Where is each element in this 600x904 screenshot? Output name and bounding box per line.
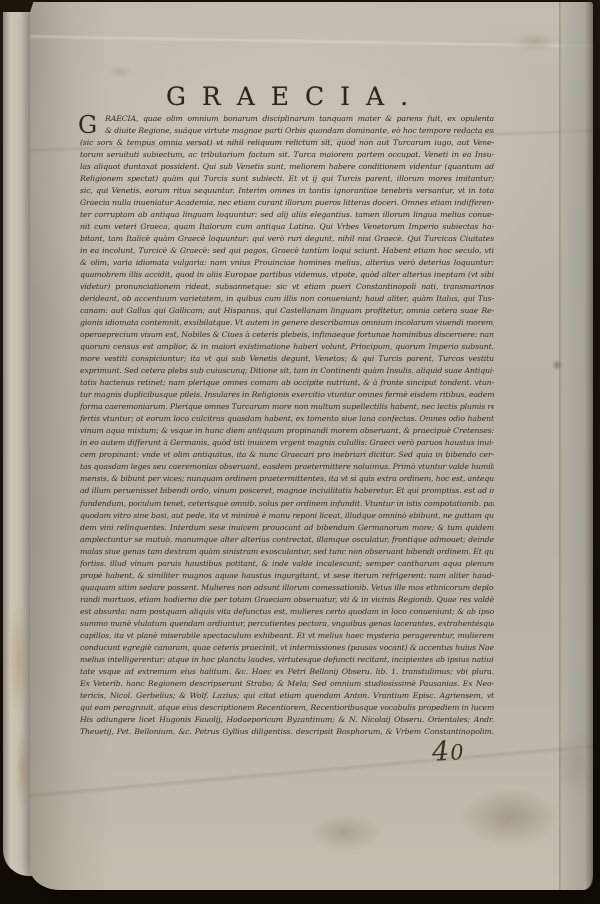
text-line: quamobrem illis accidit, quod in aliis E…	[80, 269, 494, 281]
text-line: quaquam sitim sedare possent. Mulieres n…	[80, 582, 494, 594]
text-line: ad illum peruenisset bibendi ordo, vinum…	[80, 485, 494, 497]
text-line: Ex Veterib. hanc Regionem descripserunt …	[80, 678, 494, 690]
text-line: more vestiti conspiciuntur; ita vt qui s…	[80, 353, 494, 365]
text-line: mensis, & bibunt per vices; nunquam ordi…	[80, 473, 494, 485]
text-line: sic, qui Venetis, eorum ritus sequuntur.…	[80, 185, 494, 197]
text-line: cem propinant: vnde vt olim antiquitus, …	[80, 449, 494, 461]
text-line: operaeprecium visum est, Nobiles & Ciues…	[80, 329, 494, 341]
text-line: Religionem spectat) quàm qui Turcis sunt…	[80, 173, 494, 185]
text-line: forma caeremoniarum. Plerique omnes Turc…	[80, 401, 494, 413]
text-line: & olim, varia idiomata vulgaria: nam vni…	[80, 257, 494, 269]
text-block: RAECIA, quae olim omnium bonarum discipl…	[80, 113, 494, 738]
text-line: (sic sors & tempus omnia versat) vt nihi…	[80, 137, 494, 149]
text-line: tericis, Nicol. Gerbelius; & Wolf. Laziu…	[80, 690, 494, 702]
text-line: amplectuntur se mutuò, manumque alter al…	[80, 534, 494, 546]
text-line: tatis hactenus retinet; nam plerique omn…	[80, 377, 494, 389]
text-line: qui eam peragrauit, atque eius descripti…	[80, 702, 494, 714]
text-line: exprimunt. Sed cetera plebs sub cuiuscun…	[80, 365, 494, 377]
text-line: quodam vitro sine basi, aut pede, ita vt…	[80, 510, 494, 522]
page-title: GRAECIA.	[80, 82, 494, 111]
text-line: malas siue genas tam dextram quàm sinist…	[80, 546, 494, 558]
text-line: fortiss. illud vinum paruis haustibus po…	[80, 558, 494, 570]
text-line: quorum census est amplior, & in maiori e…	[80, 341, 494, 353]
text-line: tas quasdam leges seu caeremonias obseru…	[80, 461, 494, 473]
text-line: derideant, ob accentuum varietatem, in q…	[80, 293, 494, 305]
text-line: His adiungere licet Hugonis Fauolij, Hod…	[80, 714, 494, 726]
folio-number: 40	[431, 735, 465, 768]
text-line: RAECIA, quae olim omnium bonarum discipl…	[80, 113, 494, 125]
page-edge-stain	[6, 540, 32, 820]
text-line: & diuite Regione, suáque virtute magnae …	[80, 125, 494, 137]
text-line: in eo autem differunt à Germanis, quòd i…	[80, 437, 494, 449]
text-line: fertis vtuntur; at eorum loco culcitras …	[80, 413, 494, 425]
text-line: melius intelligerentur: atque in hoc pla…	[80, 654, 494, 666]
text-line: Graecia nulla inueniatur Academia, nec e…	[80, 197, 494, 209]
text-line: conducunt egregiè canoram, quae ceteris …	[80, 642, 494, 654]
text-line: capillos, ita vt planè miserabile specta…	[80, 630, 494, 642]
text-line: ter corruptam ab antiqua linguam loquunt…	[80, 209, 494, 221]
text-line: nit cum veteri Graeca, quam Italorum cum…	[80, 221, 494, 233]
text-line: in ea incolunt, Turcicè & Graecè: sed qu…	[80, 245, 494, 257]
text-line: bitant, tam Italicè quàm Graecè loquuntu…	[80, 233, 494, 245]
book-photo: GRAECIA. G RAECIA, quae olim omnium bona…	[0, 0, 600, 904]
text-line: videtur) pronunciationem rideat, subsann…	[80, 281, 494, 293]
text-line: vinum aqua mixtum; & vsque in hunc diem …	[80, 425, 494, 437]
fore-edge-pages	[559, 2, 593, 890]
text-line: canam: aut Gallus qui Gallicam; aut Hisp…	[80, 305, 494, 317]
background-corner	[0, 0, 34, 12]
text-line: tate vsque ad extremum eius halitum. &c.…	[80, 666, 494, 678]
text-line: las aliquot duntaxat possident. Qui sub …	[80, 161, 494, 173]
text-line: torum seruituti subiectum, ac tributariu…	[80, 149, 494, 161]
text-line: summo manè vlulatum quendam ordiuntur, p…	[80, 618, 494, 630]
text-line: dem vini relinquentes. Interdum sese inu…	[80, 522, 494, 534]
text-line: est absurda: nam postquam aliquis vita d…	[80, 606, 494, 618]
text-line: gionis idiomata contemnit, exsibilatque.…	[80, 317, 494, 329]
text-line: propè habent, & similiter magnos aquae h…	[80, 570, 494, 582]
text-line: randi mortuos, etiam hodierno die per to…	[80, 594, 494, 606]
text-line: fundendum, poculum tenet, ceterisque omn…	[80, 498, 494, 510]
text-line: tur magnis duplicibusque pileis. Insular…	[80, 389, 494, 401]
